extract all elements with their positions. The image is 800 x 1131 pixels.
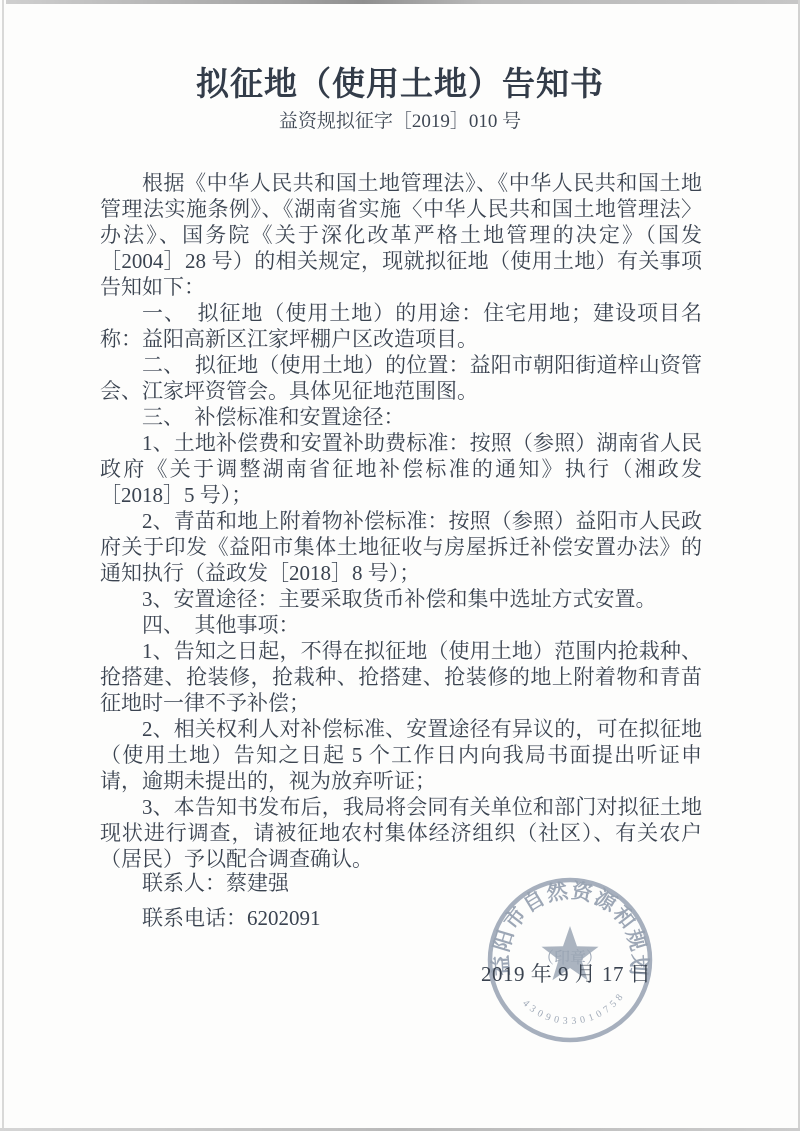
paragraph-item-1-purpose: 一、 拟征地（使用土地）的用途：住宅用地；建设项目名称：益阳高新区江家坪棚户区改… [100,300,702,352]
page-edge-top [6,0,800,4]
paragraph-basis: 根据《中华人民共和国土地管理法》、《中华人民共和国土地管理法实施条例》、《湖南省… [100,170,702,300]
contact-block: 联系人：蔡建强 联系电话：6202091 [142,866,321,936]
contact-person: 联系人：蔡建强 [142,866,321,901]
paragraph-item-4-3: 3、本告知书发布后，我局将会同有关单位和部门对拟征土地现状进行调查，请被征地农村… [100,794,702,872]
document-title: 拟征地（使用土地）告知书 [0,58,800,105]
paragraph-item-4-2: 2、相关权利人对补偿标准、安置途径有异议的，可在拟征地（使用土地）告知之日起 5… [100,716,702,794]
contact-phone: 联系电话：6202091 [142,901,321,936]
paragraph-item-4-1: 1、告知之日起，不得在拟征地（使用土地）范围内抢栽种、抢搭建、抢装修，抢栽种、抢… [100,638,702,716]
paragraph-item-2-location: 二、 拟征地（使用土地）的位置：益阳市朝阳街道梓山资管会、江家坪资管会。具体见征… [100,352,702,404]
document-body: 根据《中华人民共和国土地管理法》、《中华人民共和国土地管理法实施条例》、《湖南省… [100,170,702,872]
seal-code-holder: 4309033010758 [520,991,626,1027]
document-page: 拟征地（使用土地）告知书 益资规拟征字［2019］010 号 根据《中华人民共和… [0,0,800,1131]
page-edge-left [2,0,4,1131]
seal-code: 4309033010758 [520,991,626,1027]
paragraph-item-3-1: 1、土地补偿费和安置补助费标准：按照（参照）湖南省人民政府《关于调整湖南省征地补… [100,430,702,508]
issue-date: 2019 年 9 月 17 日 [481,958,651,988]
paragraph-item-3-2: 2、青苗和地上附着物补偿标准：按照（参照）益阳市人民政府关于印发《益阳市集体土地… [100,508,702,586]
paragraph-item-3-heading: 三、 补偿标准和安置途径： [100,404,702,430]
document-number: 益资规拟征字［2019］010 号 [0,106,800,133]
paragraph-item-3-3: 3、安置途径：主要采取货币补偿和集中选址方式安置。 [100,586,702,612]
paragraph-item-4-heading: 四、 其他事项： [100,612,702,638]
